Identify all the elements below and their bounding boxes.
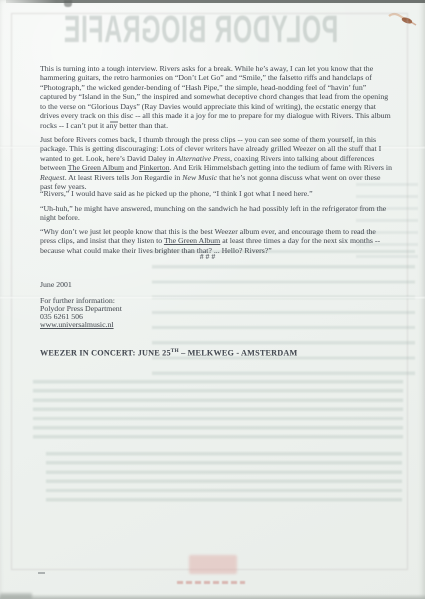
paragraph-quote-uhhuh: “Uh-huh,” he might have answered, munchi… bbox=[40, 204, 393, 223]
scan-edge-bottom bbox=[0, 594, 425, 599]
paragraph-quote-rivers: “Rivers,” I would have said as he picked… bbox=[40, 189, 393, 199]
concert-heading: WEEZER IN CONCERT: JUNE 25TH – MELKWEG -… bbox=[40, 347, 393, 358]
bleed-through-logo bbox=[189, 555, 237, 574]
ghost-text-lines bbox=[46, 452, 402, 502]
paragraph-press-clips: Just before Rivers comes back, I thumb t… bbox=[40, 135, 393, 192]
stray-mark bbox=[38, 572, 45, 574]
contact-info: For further information: Polydor Press D… bbox=[40, 297, 393, 329]
scan-edge-tick bbox=[64, 0, 72, 7]
bleed-through-logo-caption bbox=[177, 581, 245, 584]
end-of-release-marker: # # # bbox=[40, 252, 375, 262]
website-link: www.universalmusic.nl bbox=[40, 320, 114, 329]
ghost-text-lines bbox=[33, 380, 403, 444]
contact-department: Polydor Press Department bbox=[40, 305, 393, 313]
scanned-page: POLYDOR BIOGRAFIE This is turning into a… bbox=[0, 0, 425, 599]
paragraph-intro: This is turning into a tough interview. … bbox=[40, 64, 393, 131]
date-line: June 2001 bbox=[40, 280, 393, 290]
